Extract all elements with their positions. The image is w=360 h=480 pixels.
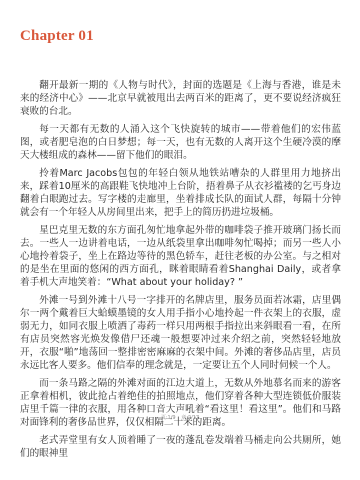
paragraph: 每一天都有无数的人涌入这个飞快旋转的城市——带着他们的宏伟蓝图，或者肥皂泡的白日…	[20, 123, 341, 162]
paragraph: 老式弄堂里有女人顶着睡了一夜的蓬乱卷发端着马桶走向公共厕所，她们的眼神里	[20, 434, 341, 460]
reader-content[interactable]: 翻开最新一期的《人物与时代》，封面的选题是《上海与香港，谁是未来的经济中心》——…	[20, 79, 341, 465]
chapter-indicator: 章:2/17	[181, 415, 199, 421]
paragraph: 外滩一号到外滩十八号一字排开的名牌店里，服务员面若冰霜，店里偶尔一两个戴着巨大蛤…	[20, 294, 341, 372]
paragraph: 而一条马路之隔的外滩对面的江边大道上，无数从外地慕名而来的游客正拿着相机，彼此抢…	[20, 377, 341, 429]
page-footer: 页:1/9 章:2/17	[0, 414, 360, 421]
paragraph: 星巴克里无数的东方面孔匆忙地拿起外带的咖啡袋子推开玻璃门扬长而去。一些人一边讲着…	[20, 224, 341, 289]
paragraph: 翻开最新一期的《人物与时代》，封面的选题是《上海与香港，谁是未来的经济中心》——…	[20, 79, 341, 118]
paragraph: 拎着Marc Jacobs包包的年轻白领从地铁站嘈杂的人群里用力地挤出来，踩着1…	[20, 167, 341, 219]
page-indicator: 页:1/9	[161, 415, 176, 421]
chapter-title: Chapter 01	[20, 28, 94, 45]
